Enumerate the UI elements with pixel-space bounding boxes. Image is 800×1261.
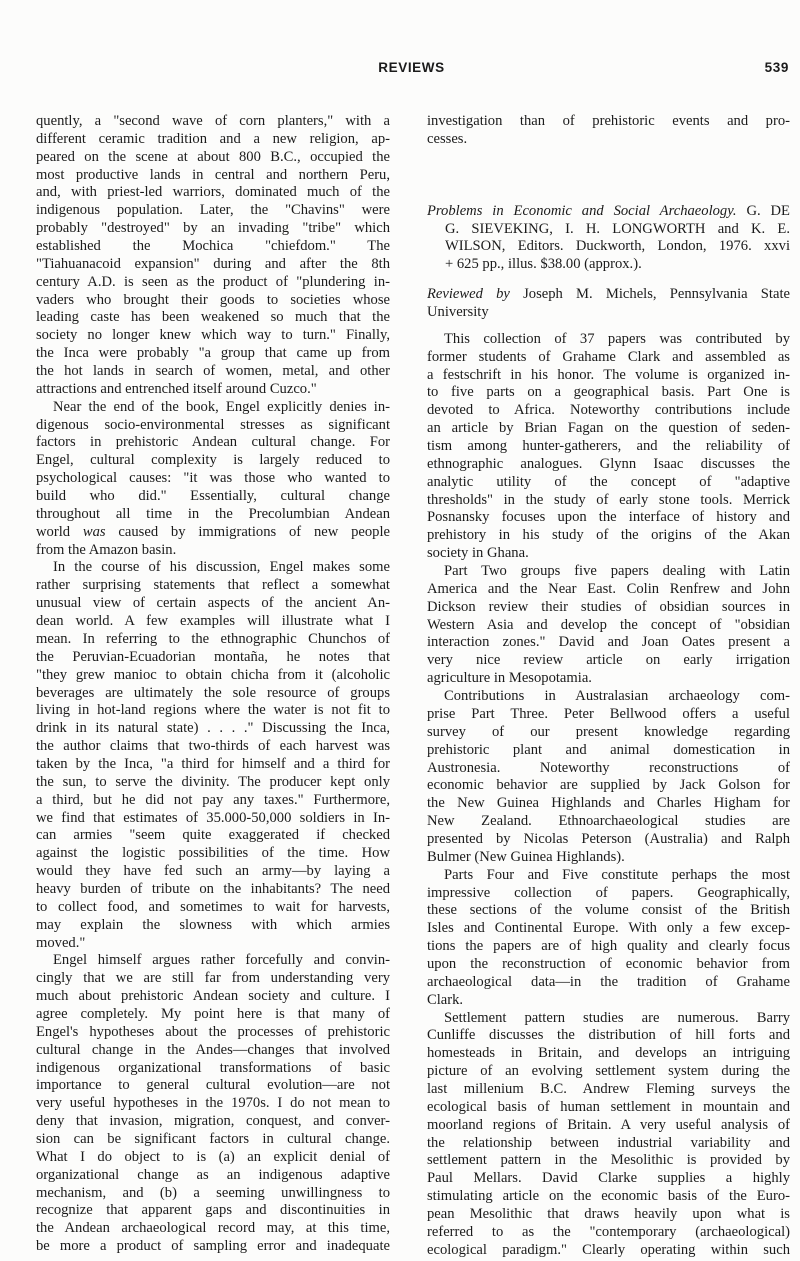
text-line: tions the papers are of high quality and… (427, 938, 790, 956)
paragraph-parts-four-five: Parts Four and Five constitute perhaps t… (427, 867, 790, 1010)
text-line: century A.D. is seen as the product of "… (36, 274, 390, 292)
text-line: mechanism, and (b) a seeming unwillingne… (36, 1185, 390, 1203)
text-line: cultural change in the Andes—changes tha… (36, 1042, 390, 1060)
text-line: the sun, to serve the divinity. The prod… (36, 774, 390, 792)
text-line: a third, but he did not pay any taxes." … (36, 792, 390, 810)
text-line: a festschrift in his honor. The volume i… (427, 367, 790, 385)
text-line: to collect food, and sometimes to wait f… (36, 899, 390, 917)
text-line: Western Asia and develop the concept of … (427, 617, 790, 635)
text-line: indigenous population. Later, the "Chavi… (36, 202, 390, 220)
text-line: from the Amazon basin. (36, 542, 390, 560)
text-line: the Andean archaeological record may, at… (36, 1220, 390, 1238)
text-line: would they have fed such an army—by layi… (36, 863, 390, 881)
text-line: society no longer knew which way to turn… (36, 327, 390, 345)
text-line: analytic utility of the concept of "adap… (427, 474, 790, 492)
text-line: importance to general cultural evolution… (36, 1077, 390, 1095)
text-line: much about prehistoric Andean society an… (36, 988, 390, 1006)
text-line: Engel's hypotheses about the processes o… (36, 1024, 390, 1042)
text-line: an article by Brian Fagan on the questio… (427, 420, 790, 438)
text-line: picture of an evolving settlement system… (427, 1063, 790, 1081)
text-line: be more a product of sampling error and … (36, 1238, 390, 1256)
text-line: can armies "seem quite exaggerated if ch… (36, 827, 390, 845)
text-line: This collection of 37 papers was contrib… (427, 331, 790, 349)
text-line: Cunliffe discusses the distribution of h… (427, 1027, 790, 1045)
paragraph-this-collection: This collection of 37 papers was contrib… (427, 331, 790, 563)
text-line: the New Guinea Highlands and Charles Hig… (427, 795, 790, 813)
text-line: Problems in Economic and Social Archaeol… (427, 203, 790, 221)
text-line: G. SIEVEKING, I. H. LONGWORTH and K. E. (427, 221, 790, 239)
text-line: Clark. (427, 992, 790, 1010)
paragraph-engel-himself-argues: Engel himself argues rather forcefully a… (36, 952, 390, 1256)
text-line: beverages are ultimately the sole resour… (36, 685, 390, 703)
text-line: indigenous organizational transformation… (36, 1060, 390, 1078)
text-line: cingly that we are still far from unders… (36, 970, 390, 988)
text-line: stimulating article on the economic basi… (427, 1188, 790, 1206)
text-line: ecological basis of human settlement in … (427, 1099, 790, 1117)
text-line: Settlement pattern studies are numerous.… (427, 1010, 790, 1028)
text-line: WILSON, Editors. Duckworth, London, 1976… (427, 238, 790, 256)
text-line: factors in prehistoric Andean cultural c… (36, 434, 390, 452)
text-line: Part Two groups five papers dealing with… (427, 563, 790, 581)
right-column: investigation than of prehistoric events… (427, 113, 790, 1260)
text-line: mean. In referring to the ethnographic C… (36, 631, 390, 649)
page-number: 539 (765, 60, 789, 75)
text-line: probably "destroyed" by an invading "tri… (36, 220, 390, 238)
text-line: leading caste has been weakened so much … (36, 309, 390, 327)
text-line: Posnansky focuses upon the interface of … (427, 509, 790, 527)
text-line: the hot lands in search of women, metal,… (36, 363, 390, 381)
text-line: Near the end of the book, Engel explicit… (36, 399, 390, 417)
text-line: prehistory in his study of the origins o… (427, 527, 790, 545)
text-line: attractions and entrenched itself around… (36, 381, 390, 399)
text-line: pean Mesolithic that draws heavily upon … (427, 1206, 790, 1224)
book-citation: Problems in Economic and Social Archaeol… (427, 203, 790, 274)
text-line: former students of Grahame Clark and ass… (427, 349, 790, 367)
text-line: agree completely. My point here is that … (36, 1006, 390, 1024)
text-line: thresholds" in the study of early stone … (427, 492, 790, 510)
text-line: dean world. A few examples will illustra… (36, 613, 390, 631)
text-line: recognize that apparent gaps and discont… (36, 1202, 390, 1220)
text-line: "Tiahuanacoid expansion" during and afte… (36, 256, 390, 274)
text-line: Contributions in Australasian archaeolog… (427, 688, 790, 706)
text-line: very useful hypotheses in the 1970s. I d… (36, 1095, 390, 1113)
text-line: Reviewed by Joseph M. Michels, Pennsylva… (427, 286, 790, 304)
text-line: rather surprising statements that reflec… (36, 577, 390, 595)
text-line: heavy burden of tribute on the inhabitan… (36, 881, 390, 899)
text-line: impressive collection of papers. Geograp… (427, 885, 790, 903)
text-line: drink in its natural state) . . . ." Dis… (36, 720, 390, 738)
text-line: settlement pattern in the Mesolithic is … (427, 1152, 790, 1170)
text-line: organizational change as an indigenous a… (36, 1167, 390, 1185)
paragraph-near-end-of-book: Near the end of the book, Engel explicit… (36, 399, 390, 560)
text-line: may explain the slowness with which armi… (36, 917, 390, 935)
text-line: devoted to Africa. Noteworthy contributi… (427, 402, 790, 420)
text-line: presented by Nicolas Peterson (Australia… (427, 831, 790, 849)
text-line: survey of our present knowledge regardin… (427, 724, 790, 742)
text-line: society in Ghana. (427, 545, 790, 563)
text-line: unusual view of certain aspects of the a… (36, 595, 390, 613)
text-line: University (427, 304, 790, 322)
text-line: Engel himself argues rather forcefully a… (36, 952, 390, 970)
text-line: economic behavior are supplied by Jack G… (427, 777, 790, 795)
text-line: archaeological data—in the tradition of … (427, 974, 790, 992)
text-line: interaction zones." David and Joan Oates… (427, 634, 790, 652)
text-line: Paul Mellars. David Clarke supplies a hi… (427, 1170, 790, 1188)
text-line: cesses. (427, 131, 790, 149)
text-line: moorland regions of Britain. A very usef… (427, 1117, 790, 1135)
text-line: upon the reconstruction of economic beha… (427, 956, 790, 974)
text-line: America and the Near East. Colin Renfrew… (427, 581, 790, 599)
running-head: REVIEWS 539 (34, 60, 789, 78)
text-line: investigation than of prehistoric events… (427, 113, 790, 131)
text-line: build who did." Essentially, cultural ch… (36, 488, 390, 506)
journal-page: { "header": { "title": "REVIEWS", "page_… (0, 0, 800, 1261)
paragraph-settlement-pattern: Settlement pattern studies are numerous.… (427, 1010, 790, 1260)
paragraph-continuation-engel-review: quently, a "second wave of corn planters… (36, 113, 390, 399)
left-column: quently, a "second wave of corn planters… (36, 113, 390, 1256)
text-line: "they grew manioc to obtain chicha from … (36, 667, 390, 685)
text-line: Parts Four and Five constitute perhaps t… (427, 867, 790, 885)
text-line: these sections of the volume consist of … (427, 902, 790, 920)
paragraph-part-three: Contributions in Australasian archaeolog… (427, 688, 790, 867)
paragraph-continuation-investigation: investigation than of prehistoric events… (427, 113, 790, 149)
text-line: Isles and Continental Europe. With only … (427, 920, 790, 938)
text-line: living in hot-land regions where the wat… (36, 702, 390, 720)
text-line: vaders who brought their goods to societ… (36, 292, 390, 310)
text-line: Austronesia. Noteworthy reconstructions … (427, 760, 790, 778)
text-line: psychological causes: "it was those who … (36, 470, 390, 488)
text-line: prise Part Three. Peter Bellwood offers … (427, 706, 790, 724)
text-line: Engel, cultural complexity is largely re… (36, 452, 390, 470)
text-line: very nice review article on early irriga… (427, 652, 790, 670)
text-line: we find that estimates of 35.000-50,000 … (36, 810, 390, 828)
text-line: referred to as the "contemporary (archae… (427, 1224, 790, 1242)
text-line: different ceramic tradition and a new re… (36, 131, 390, 149)
text-line: deny that invasion, migration, conquest,… (36, 1113, 390, 1131)
paragraph-part-two: Part Two groups five papers dealing with… (427, 563, 790, 688)
text-line: + 625 pp., illus. $38.00 (approx.). (427, 256, 790, 274)
text-line: the author claims that two-thirds of eac… (36, 738, 390, 756)
text-line: to five parts on a geographical basis. P… (427, 384, 790, 402)
text-line: the relationship between industrial vari… (427, 1135, 790, 1153)
text-line: the Inca were probably "a group that cam… (36, 345, 390, 363)
text-line: quently, a "second wave of corn planters… (36, 113, 390, 131)
text-line: In the course of his discussion, Engel m… (36, 559, 390, 577)
text-line: most productive lands in central and nor… (36, 167, 390, 185)
text-line: Dickson review their studies of obsidian… (427, 599, 790, 617)
text-line: world was caused by immigrations of new … (36, 524, 390, 542)
text-line: sion can be significant factors in cultu… (36, 1131, 390, 1149)
text-line: the Peruvian-Ecuadorian montaña, he note… (36, 649, 390, 667)
text-line: tism among hunter-gatherers, and the rel… (427, 438, 790, 456)
text-line: against the logistic possibilities of th… (36, 845, 390, 863)
reviewer-byline: Reviewed by Joseph M. Michels, Pennsylva… (427, 286, 790, 322)
text-line: established the Mochica "chiefdom." The (36, 238, 390, 256)
paragraph-course-of-discussion: In the course of his discussion, Engel m… (36, 559, 390, 952)
text-line: peared on the scene at about 800 B.C., o… (36, 149, 390, 167)
text-line: last millenium B.C. Andrew Fleming surve… (427, 1081, 790, 1099)
text-line: and, with priest-led warriors, dominated… (36, 184, 390, 202)
section-title: REVIEWS (34, 60, 789, 75)
text-line: agriculture in Mesopotamia. (427, 670, 790, 688)
text-line: New Zealand. Ethnoarchaeological studies… (427, 813, 790, 831)
text-line: homesteads in Britain, and develops an i… (427, 1045, 790, 1063)
text-line: ethnographic analogues. Glynn Isaac disc… (427, 456, 790, 474)
text-line: Bulmer (New Guinea Highlands). (427, 849, 790, 867)
text-line: digenous socio-environmental stresses as… (36, 417, 390, 435)
text-line: throughout all time in the Precolumbian … (36, 506, 390, 524)
text-line: prehistoric plant and animal domesticati… (427, 742, 790, 760)
text-line: taken by the Inca, "a third for himself … (36, 756, 390, 774)
text-line: ecological paradigm." Clearly operating … (427, 1242, 790, 1260)
text-line: moved." (36, 935, 390, 953)
text-line: What I do object to is (a) an explicit d… (36, 1149, 390, 1167)
